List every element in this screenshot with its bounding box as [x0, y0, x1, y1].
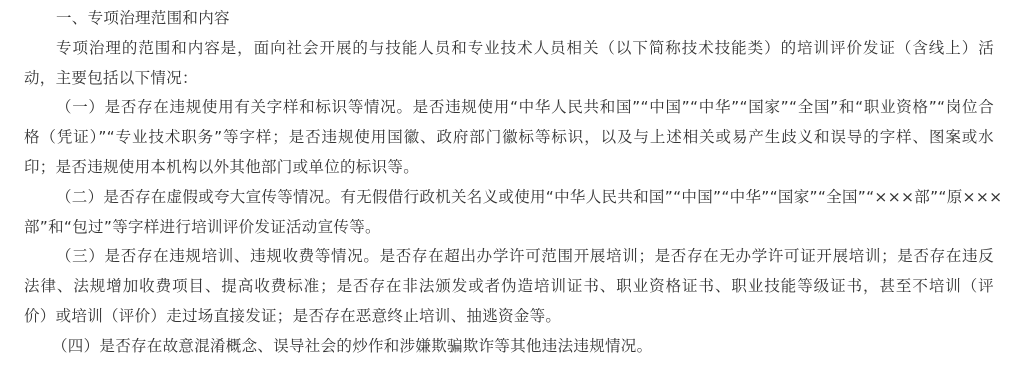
item-1-line-1: （一）是否存在违规使用有关字样和标识等情况。是否违规使用“中华人民共和国”“中国…: [24, 93, 994, 123]
section-heading: 一、专项治理范围和内容: [24, 4, 994, 34]
item-4-line-1: （四）是否存在故意混淆概念、误导社会的炒作和涉嫌欺骗欺诈等其他违法违规情况。: [24, 332, 994, 362]
item-3-line-1: （三）是否存在违规培训、违规收费等情况。是否存在超出办学许可范围开展培训；是否存…: [24, 242, 994, 272]
document-body: 一、专项治理范围和内容 专项治理的范围和内容是，面向社会开展的与技能人员和专业技…: [0, 0, 994, 362]
item-1-line-2: 格（凭证）”“专业技术职务”等字样；是否违规使用国徽、政府部门徽标等标识，以及与…: [24, 123, 994, 153]
intro-line-1: 专项治理的范围和内容是，面向社会开展的与技能人员和专业技术人员相关（以下简称技术…: [24, 34, 994, 64]
item-3-line-2: 法律、法规增加收费项目、提高收费标准；是否存在非法颁发或者伪造培训证书、职业资格…: [24, 272, 994, 302]
item-3-line-3: 价）或培训（评价）走过场直接发证；是否存在恶意终止培训、抽逃资金等。: [24, 302, 994, 332]
item-1-line-3: 印；是否违规使用本机构以外其他部门或单位的标识等。: [24, 153, 994, 183]
intro-line-2: 动，主要包括以下情况：: [24, 64, 994, 94]
item-2-line-1: （二）是否存在虚假或夸大宣传等情况。有无假借行政机关名义或使用“中华人民共和国”…: [24, 183, 994, 213]
item-2-line-2: 部”和“包过”等字样进行培训评价发证活动宣传等。: [24, 213, 994, 243]
